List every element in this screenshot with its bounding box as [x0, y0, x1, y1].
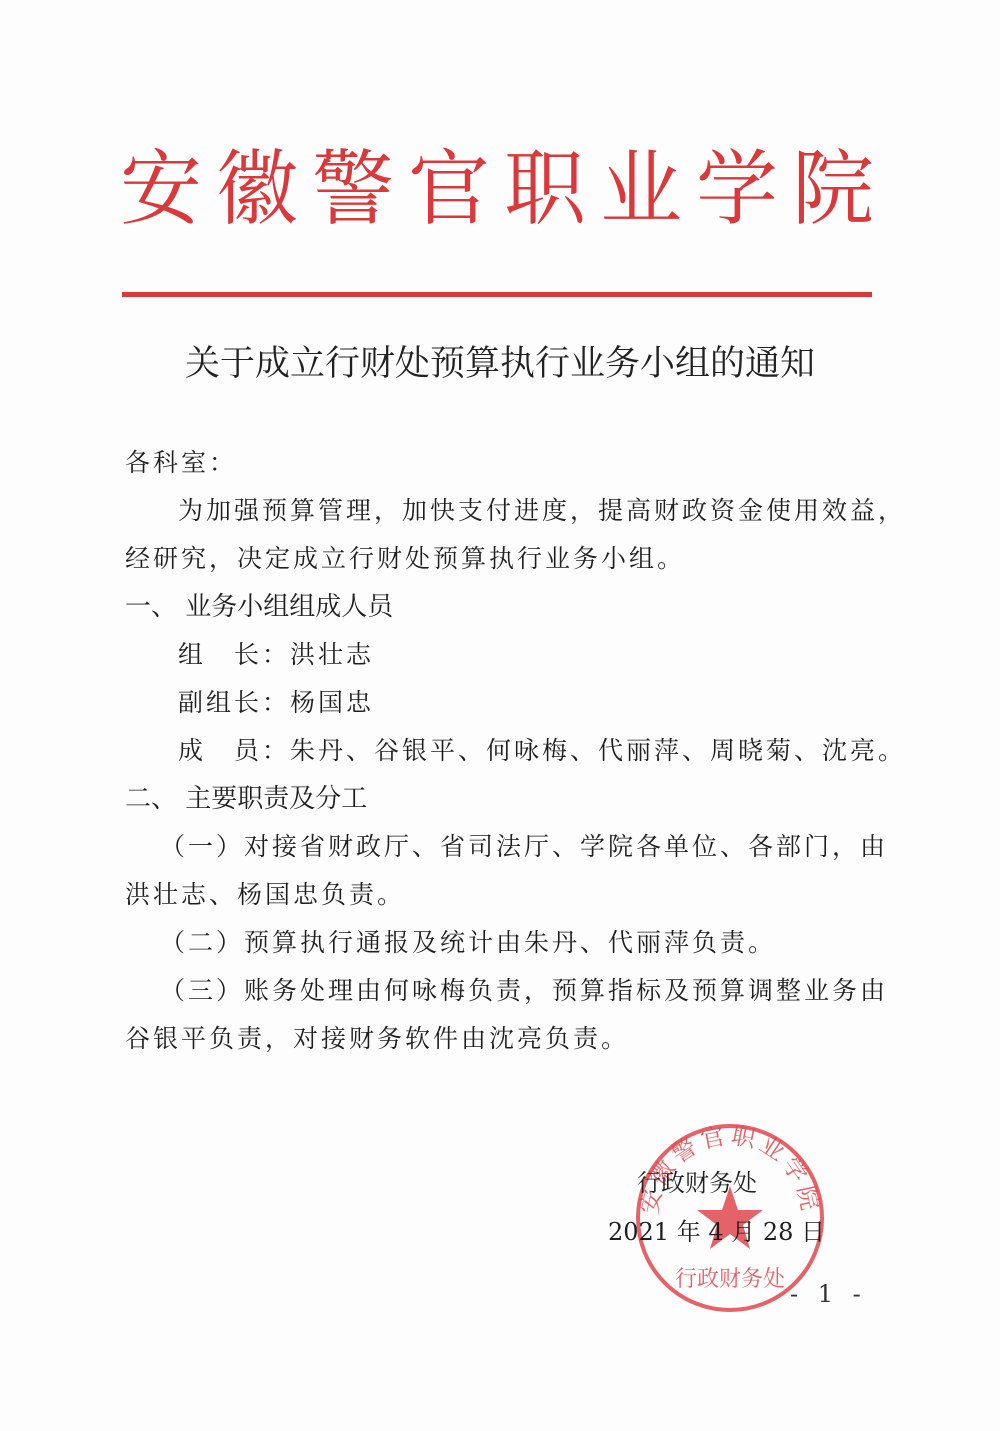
duty-line-5: 谷银平负责，对接财务软件由沈亮负责。: [125, 1024, 629, 1054]
duty-line-3: （二）预算执行通报及统计由朱丹、代丽萍负责。: [160, 928, 776, 958]
leader-line: 组 长：洪壮志: [178, 640, 374, 670]
red-divider: [122, 292, 872, 297]
salutation: 各科室：: [125, 448, 237, 478]
duty-line-2: 洪壮志、杨国忠负责。: [125, 880, 405, 910]
members-line: 成 员：朱丹、谷银平、何咏梅、代丽萍、周晓菊、沈亮。: [178, 736, 906, 766]
duty-line-4: （三）账务处理由何咏梅负责，预算指标及预算调整业务由: [160, 976, 888, 1006]
signature-department: 行政财务处: [637, 1163, 757, 1198]
deputy-line: 副组长：杨国忠: [178, 688, 374, 718]
intro-line-2: 经研究，决定成立行财处预算执行业务小组。: [125, 544, 685, 574]
masthead-title: 安徽警官职业学院: [120, 140, 880, 240]
svg-text:行政财务处: 行政财务处: [675, 1267, 785, 1292]
document-title: 关于成立行财处预算执行业务小组的通知: [100, 336, 900, 386]
section1-heading: 一、 业务小组组成人员: [125, 592, 393, 622]
signature-date: 2021 年 4 月 28 日: [608, 1212, 825, 1247]
document-page: 安徽警官职业学院 关于成立行财处预算执行业务小组的通知 各科室： 为加强预算管理…: [0, 0, 1000, 1431]
page-number: - 1 -: [790, 1280, 867, 1308]
section2-heading: 二、 主要职责及分工: [125, 784, 367, 814]
duty-line-1: （一）对接省财政厅、省司法厅、学院各单位、各部门，由: [160, 832, 888, 862]
intro-line-1: 为加强预算管理，加快支付进度，提高财政资金使用效益，: [178, 496, 906, 526]
